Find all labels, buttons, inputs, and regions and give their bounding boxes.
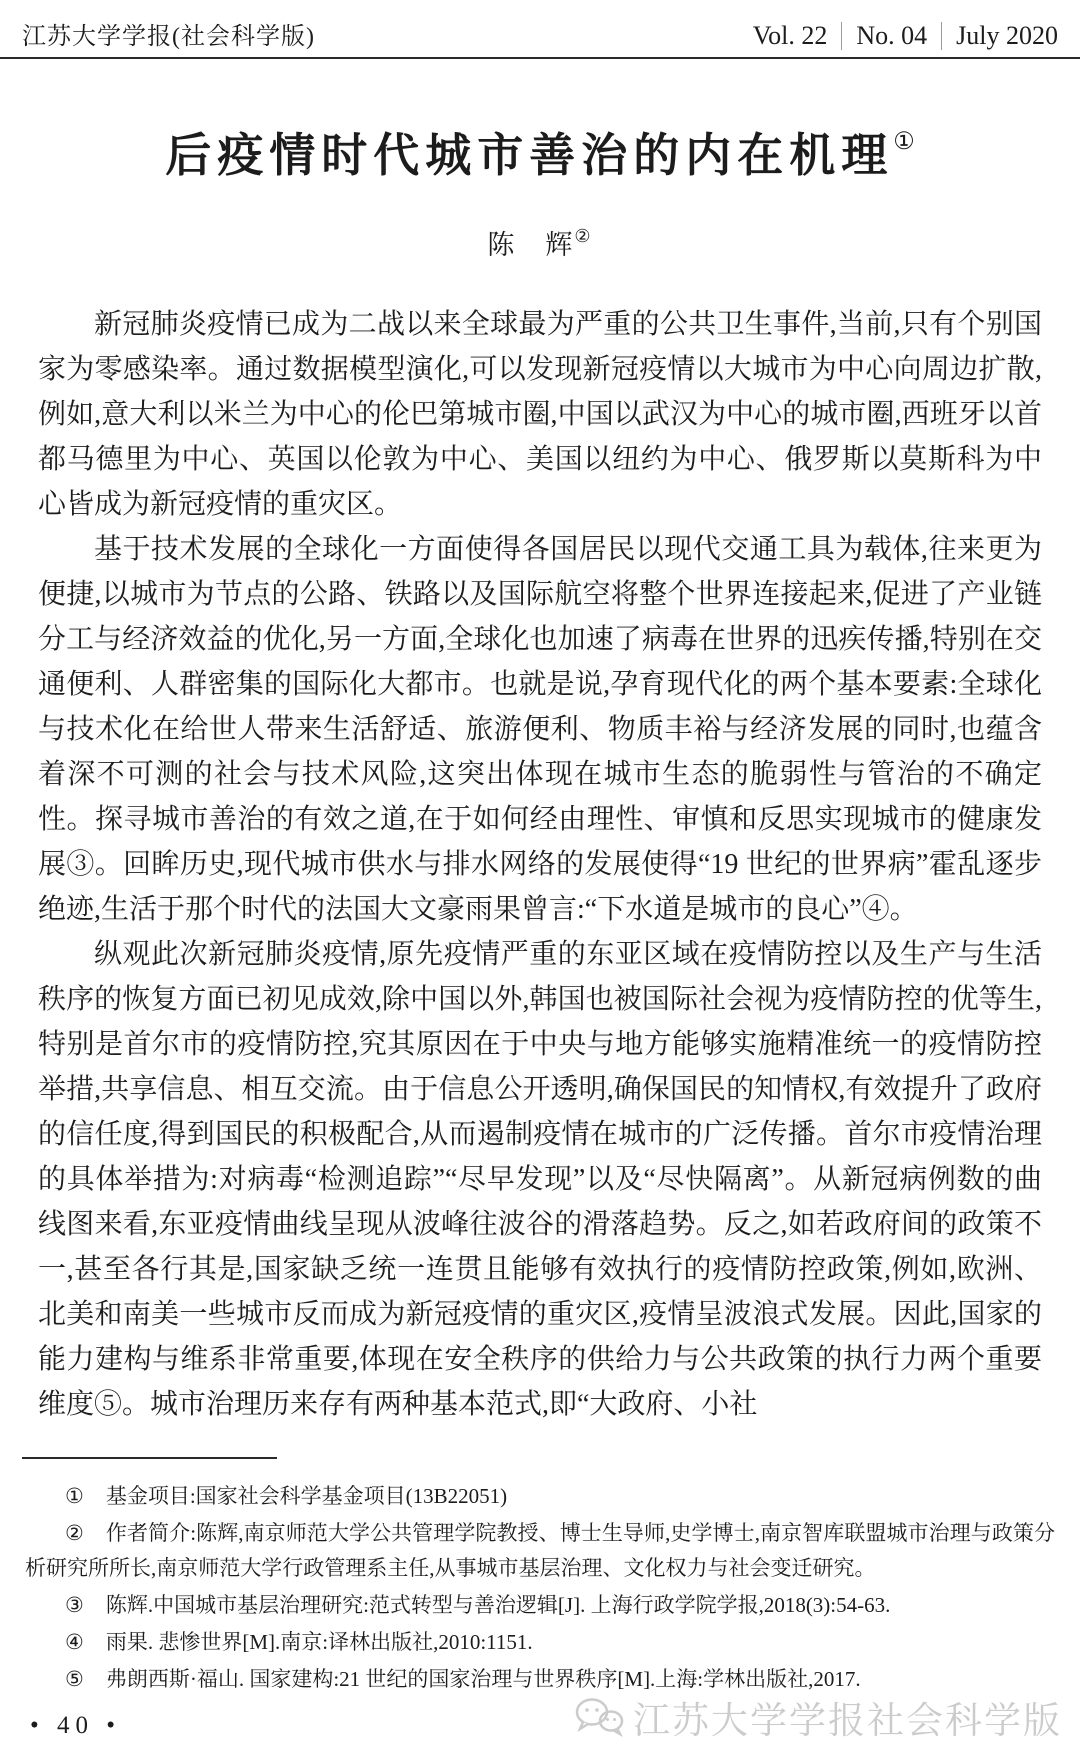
article-title-text: 后疫情时代城市善治的内在机理 [165, 130, 893, 181]
footnote-text: 弗朗西斯·福山. 国家建构:21 世纪的国家治理与世界秩序[M].上海:学林出版… [106, 1667, 861, 1691]
title-footnote-marker: ① [893, 129, 915, 155]
header-divider [841, 22, 842, 50]
footnote-text: 作者简介:陈辉,南京师范大学公共管理学院教授、博士生导师,史学博士,南京智库联盟… [25, 1521, 1055, 1580]
body-paragraph: 新冠肺炎疫情已成为二战以来全球最为严重的公共卫生事件,当前,只有个别国家为零感染… [38, 302, 1042, 527]
author-line: 陈 辉② [0, 223, 1080, 262]
header-divider [941, 22, 942, 50]
author-footnote-marker: ② [574, 226, 592, 246]
article-title: 后疫情时代城市善治的内在机理① [0, 111, 1080, 187]
footnote-marker: ④ [65, 1630, 84, 1654]
issue-info: Vol. 22 No. 04 July 2020 [753, 21, 1058, 51]
journal-page: 江苏大学学报(社会科学版) Vol. 22 No. 04 July 2020 后… [0, 0, 1080, 1762]
body-paragraph: 基于技术发展的全球化一方面使得各国居民以现代交通工具为载体,往来更为便捷,以城市… [38, 527, 1042, 932]
wechat-logo-icon [573, 1695, 625, 1739]
footnote-separator-rule [22, 1457, 277, 1459]
footnote-text: 陈辉.中国城市基层治理研究:范式转型与善治逻辑[J]. 上海行政学院学报,201… [106, 1593, 891, 1617]
issue-label: No. 04 [856, 21, 927, 51]
footnotes: ①基金项目:国家社会科学基金项目(13B22051) ②作者简介:陈辉,南京师范… [25, 1479, 1055, 1697]
footnote-text: 基金项目:国家社会科学基金项目(13B22051) [106, 1484, 507, 1508]
journal-name: 江苏大学学报(社会科学版) [22, 16, 315, 51]
footnote-item: ①基金项目:国家社会科学基金项目(13B22051) [25, 1479, 1055, 1514]
volume-label: Vol. 22 [753, 21, 828, 51]
page-number: • 40 • [30, 1712, 121, 1740]
footnote-text: 雨果. 悲惨世界[M].南京:译林出版社,2010:1151. [106, 1630, 533, 1654]
footnote-marker: ③ [65, 1593, 84, 1617]
footnote-marker: ② [65, 1521, 84, 1545]
footnote-item: ④雨果. 悲惨世界[M].南京:译林出版社,2010:1151. [25, 1625, 1055, 1660]
article-body: 新冠肺炎疫情已成为二战以来全球最为严重的公共卫生事件,当前,只有个别国家为零感染… [38, 302, 1042, 1427]
date-label: July 2020 [956, 21, 1058, 51]
author-name: 陈 辉 [487, 230, 574, 260]
body-paragraph: 纵观此次新冠肺炎疫情,原先疫情严重的东亚区域在疫情防控以及生产与生活秩序的恢复方… [38, 932, 1042, 1427]
footnote-item: ②作者简介:陈辉,南京师范大学公共管理学院教授、博士生导师,史学博士,南京智库联… [25, 1516, 1055, 1586]
journal-watermark: 江苏大学学报社会科学版 [573, 1690, 1062, 1744]
footnote-marker: ⑤ [65, 1667, 84, 1691]
watermark-text: 江苏大学学报社会科学版 [633, 1690, 1062, 1744]
running-head: 江苏大学学报(社会科学版) Vol. 22 No. 04 July 2020 [0, 0, 1080, 59]
footnote-item: ③陈辉.中国城市基层治理研究:范式转型与善治逻辑[J]. 上海行政学院学报,20… [25, 1588, 1055, 1623]
footnote-marker: ① [65, 1484, 84, 1508]
